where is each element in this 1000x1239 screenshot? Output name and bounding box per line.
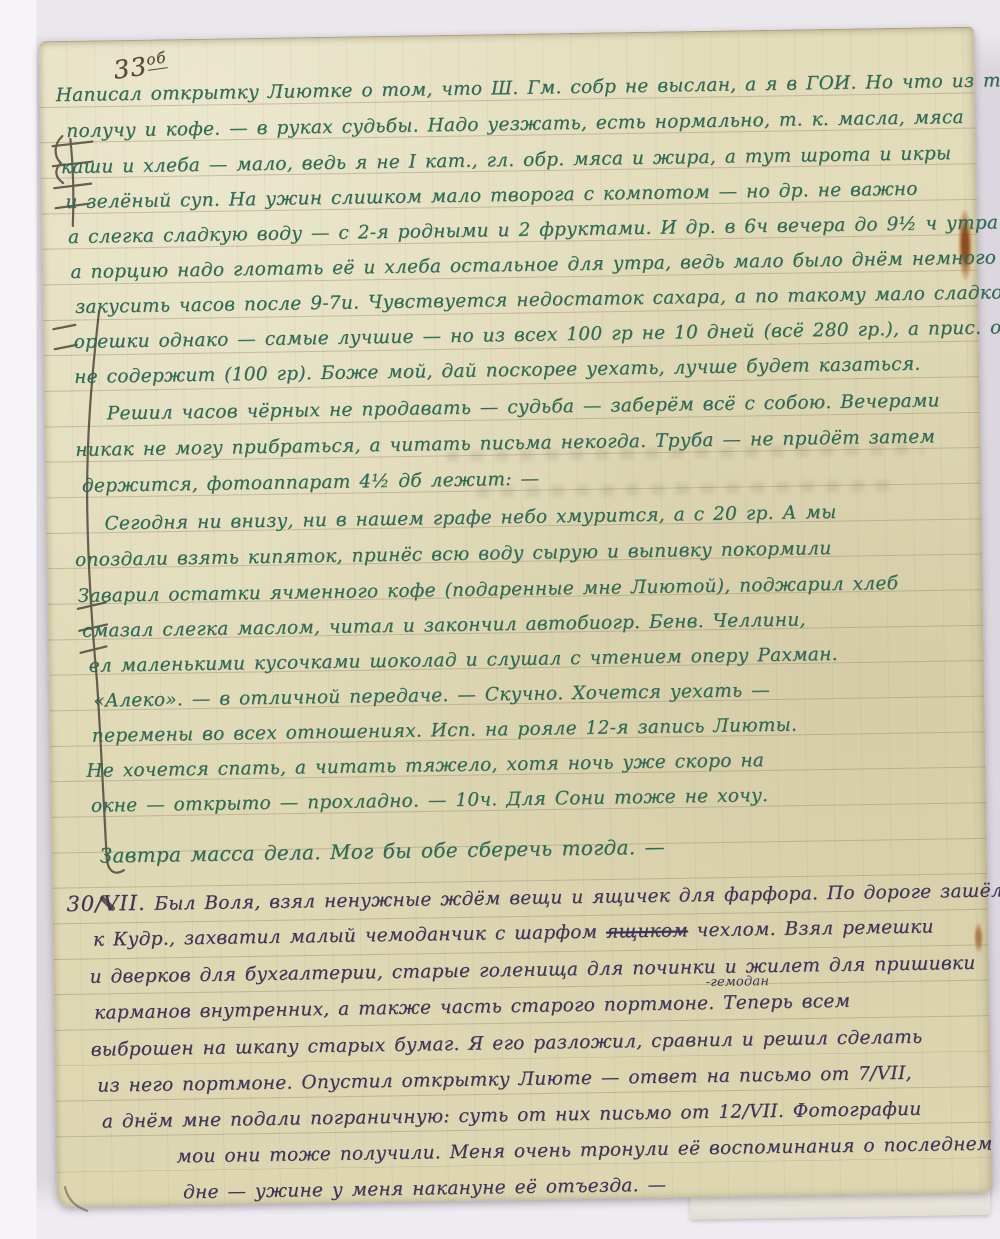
manuscript-line: Завтра масса дела. Мог бы обе сберечь то… xyxy=(99,833,665,870)
rust-stain xyxy=(974,923,983,953)
manuscript-page: 33об Написал открытку Лиютке о том, что … xyxy=(39,27,992,1208)
manuscript-line: Не хочется спать, а читать тяжело, хотя … xyxy=(86,747,764,786)
margin-tick xyxy=(53,325,75,329)
manuscript-line: и дверков для бухгалтерии, старые голени… xyxy=(89,950,975,992)
manuscript-line: ел маленькими кусочками шоколад и слушал… xyxy=(89,641,839,681)
manuscript-line: перемены во всех отношениях. Исп. на роя… xyxy=(92,712,798,751)
manuscript-line: 30/VII. Был Воля, взял ненужные ждём вещ… xyxy=(66,875,1000,920)
manuscript-line: карманов внутренних, а также часть старо… xyxy=(94,988,851,1028)
manuscript-line: не содержит (100 гр). Боже мой, дай поск… xyxy=(74,351,921,392)
manuscript-line: получу и кофе. — в руках судьбы. Надо уе… xyxy=(66,104,964,146)
interlinear-insertion: -гемодан xyxy=(706,974,770,990)
manuscript-line: выброшен на шкапу старых бумаг. Я его ра… xyxy=(91,1024,923,1065)
entry-text: чехлом. Взял ремешки xyxy=(688,916,934,941)
manuscript-line: к Кудр., захватил малый чемоданчик с шар… xyxy=(93,913,934,954)
manuscript-line: из него портмоне. Опустил открытку Лиюте… xyxy=(97,1060,912,1101)
manuscript-line: Решил часов чёрных не продавать — судьба… xyxy=(107,387,940,428)
manuscript-line: каши и хлеба — мало, ведь я не I кат., г… xyxy=(61,140,952,182)
manuscript-line: мои они тоже получили. Меня очень тронул… xyxy=(176,1131,993,1172)
manuscript-line: смазал слегка маслом, читал и закончил а… xyxy=(82,606,806,645)
entry-text: к Кудр., захватил малый чемоданчик с шар… xyxy=(93,922,606,951)
manuscript-line: опоздали взять кипяток, принёс всю воду … xyxy=(75,535,832,575)
manuscript-line: закусить часов после 9-7и. Чувствуется н… xyxy=(75,279,1000,322)
manuscript-line: и зелёный суп. На ужин слишком мало твор… xyxy=(65,176,918,217)
manuscript-line: а порцию надо глотать её и хлеба остальн… xyxy=(70,244,996,287)
manuscript-line: окне — открыто — прохладно. — 10ч. Для С… xyxy=(91,782,769,821)
corner-fold-mark xyxy=(65,1187,87,1211)
manuscript-line: Написал открытку Лиютке о том, что Ш. Гм… xyxy=(56,67,1000,110)
manuscript-line: дне — ужине у меня накануне её отъезда. … xyxy=(183,1172,667,1208)
manuscript-line: «Алеко». — в отличной передаче. — Скучно… xyxy=(93,677,770,716)
manuscript-line: держится, фотоаппарат 4½ дб лежит: — xyxy=(82,466,540,501)
entry-text: Был Воля, взял ненужные ждём вещи и ящич… xyxy=(154,880,1000,914)
manuscript-line: а днём мне подали пограничную: суть от н… xyxy=(102,1096,922,1137)
scanned-manuscript-screenshot: { "m": { "page_number": "33об", "page_nu… xyxy=(0,0,1000,1239)
entry-date: 30/VII. xyxy=(66,891,146,916)
manuscript-line: орешки однако — самые лучшие — но из все… xyxy=(73,314,1000,357)
struck-word: ящиком xyxy=(606,920,688,942)
manuscript-line: Заварил остатки ячменного кофе (подаренн… xyxy=(77,570,898,611)
manuscript-line: Сегодня ни внизу, ни в нашем графе небо … xyxy=(104,499,836,538)
